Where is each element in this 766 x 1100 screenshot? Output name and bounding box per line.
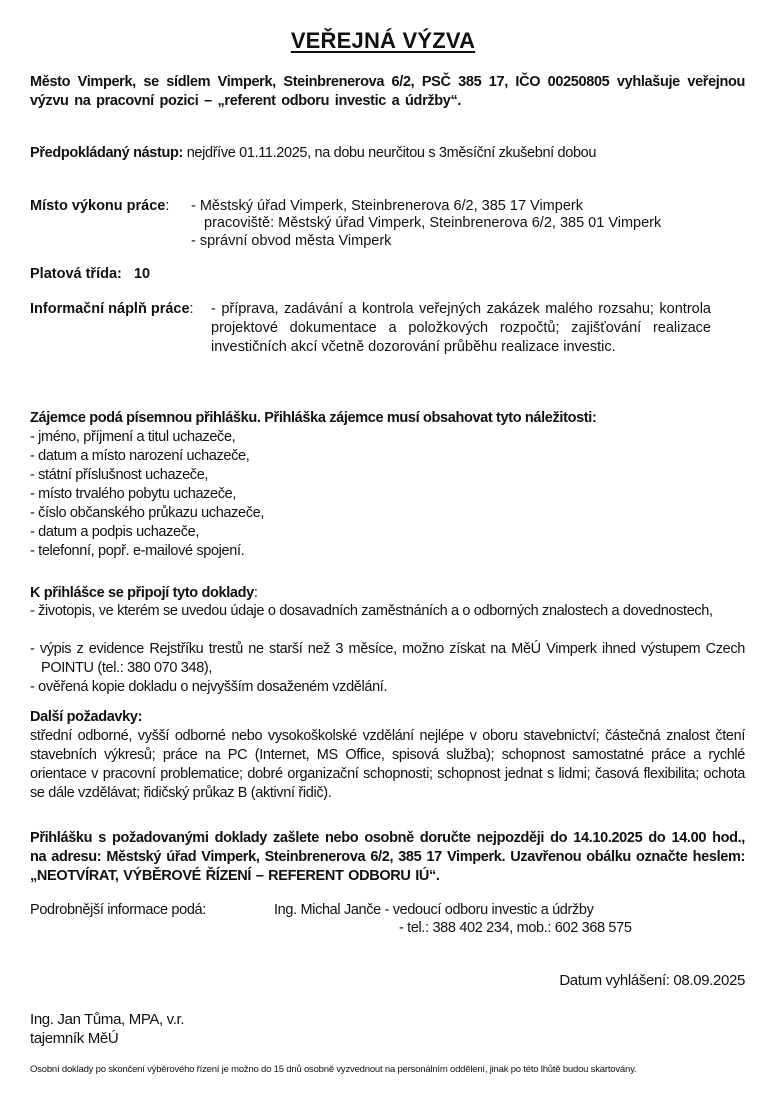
workplace-line-3: - správní obvod města Vimperk	[191, 232, 391, 251]
application-item: - místo trvalého pobytu uchazeče,	[30, 485, 264, 504]
workplace-label-row: Místo výkonu práce:	[30, 197, 169, 216]
application-item: - telefonní, popř. e-mailové spojení.	[30, 542, 264, 561]
announcement-date: Datum vyhlášení: 08.09.2025	[559, 971, 745, 990]
job-content-label-row: Informační náplň práce:	[30, 300, 194, 319]
intro-paragraph: Město Vimperk, se sídlem Vimperk, Steinb…	[30, 73, 745, 111]
application-item: - jméno, příjmení a titul uchazeče,	[30, 428, 264, 447]
documents-heading: K přihlášce se připojí tyto doklady	[30, 585, 254, 601]
application-item: - datum a místo narození uchazeče,	[30, 447, 264, 466]
job-content-text: - příprava, zadávání a kontrola veřejnýc…	[211, 300, 711, 357]
signature-role: tajemník MěÚ	[30, 1029, 118, 1048]
salary-value: 10	[134, 266, 150, 282]
documents-colon: :	[254, 585, 258, 601]
signature-name: Ing. Jan Tůma, MPA, v.r.	[30, 1010, 184, 1029]
workplace-label: Místo výkonu práce	[30, 198, 165, 214]
documents-item: - životopis, ve kterém se uvedou údaje o…	[30, 602, 745, 621]
workplace-colon: :	[165, 198, 169, 214]
contact-line-2: - tel.: 388 402 234, mob.: 602 368 575	[399, 919, 632, 938]
contact-label: Podrobnější informace podá:	[30, 901, 206, 920]
salary-label: Platová třída:	[30, 266, 122, 282]
requirements-text: střední odborné, vyšší odborné nebo vyso…	[30, 727, 745, 803]
footnote: Osobní doklady po skončení výběrového ří…	[30, 1060, 636, 1079]
application-item: - číslo občanského průkazu uchazeče,	[30, 504, 264, 523]
salary-row: Platová třída: 10	[30, 265, 150, 284]
start-date-value: nejdříve 01.11.2025, na dobu neurčitou s…	[187, 145, 596, 161]
document-title: VEŘEJNÁ VÝZVA	[0, 28, 766, 54]
documents-item: - výpis z evidence Rejstříku trestů ne s…	[30, 640, 745, 678]
requirements-heading: Další požadavky:	[30, 708, 142, 727]
start-date-row: Předpokládaný nástup: nejdříve 01.11.202…	[30, 144, 596, 163]
job-content-colon: :	[190, 301, 194, 317]
documents-item: - ověřená kopie dokladu o nejvyšším dosa…	[30, 678, 387, 697]
contact-line-1: Ing. Michal Janče - vedoucí odboru inves…	[274, 901, 594, 920]
workplace-line-2: pracoviště: Městský úřad Vimperk, Steinb…	[204, 214, 661, 233]
documents-heading-row: K přihlášce se připojí tyto doklady:	[30, 584, 258, 603]
submission-paragraph: Přihlášku s požadovanými doklady zašlete…	[30, 829, 745, 886]
job-content-label: Informační náplň práce	[30, 301, 190, 317]
application-heading: Zájemce podá písemnou přihlášku. Přihláš…	[30, 409, 596, 428]
application-list: - jméno, příjmení a titul uchazeče, - da…	[30, 428, 264, 561]
application-item: - státní příslušnost uchazeče,	[30, 466, 264, 485]
application-item: - datum a podpis uchazeče,	[30, 523, 264, 542]
start-date-label: Předpokládaný nástup:	[30, 145, 183, 161]
